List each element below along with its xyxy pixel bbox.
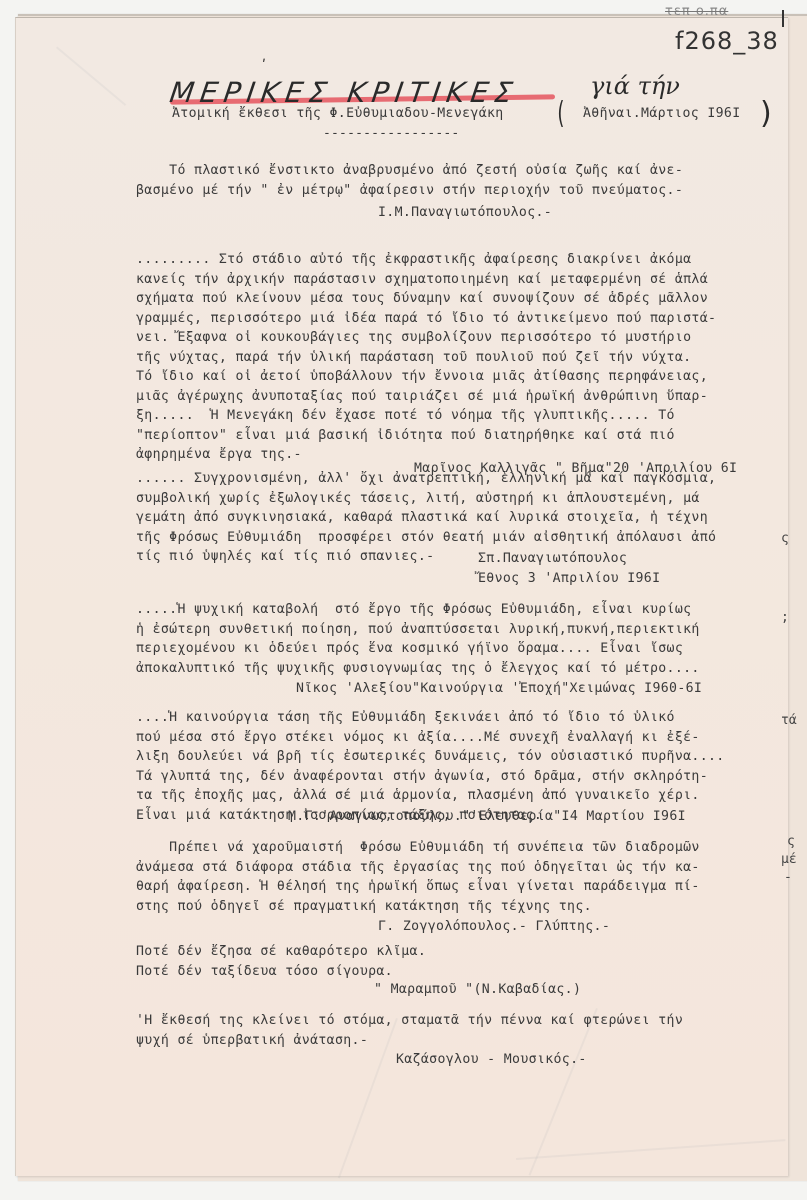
review-signature: Ἔθνος 3 'Απριλίου Ι96Ι — [478, 569, 660, 589]
margin-fragment: ς — [787, 834, 795, 850]
review-text-line: ἀφηρημένα ἔργα της.- — [136, 445, 302, 465]
margin-fragment: - — [784, 870, 792, 886]
review-text-line: συμβολική χωρίς ἐξωλογικές τάσεις, λιτή,… — [136, 489, 700, 509]
handwritten-bracket-open: ( — [557, 96, 564, 131]
review-text-line: Ποτέ δέν ἔζησα σέ καθαρότερο κλῖμα. — [136, 942, 426, 962]
review-text-line: τα τῆς ἐποχῆς μας, ἀλλά σέ μιά ἁρμονία, … — [136, 786, 700, 806]
review-signature: Νῖκος 'Αλεξίου"Καινούργια 'Ἐποχή"Χειμώνα… — [296, 679, 702, 699]
review-signature: Ι.Μ.Παναγιωτόπουλος.- — [378, 203, 552, 223]
review-text-line: σχήματα πού κλείνουν μέσα τους δύναμην κ… — [136, 289, 708, 309]
review-text-line: .....Ἡ ψυχική καταβολή στό ἔργο τῆς Φρόσ… — [136, 600, 691, 620]
review-text-line: κανείς τήν ἀρχικήν παράστασιν σχηματοποι… — [136, 270, 708, 290]
review-signature: Καζάσογλου - Μουσικός.- — [396, 1050, 587, 1070]
review-text-line: τῆς Φρόσως Εὐθυμιάδη προσφέρει στόν θεατ… — [136, 528, 716, 548]
review-text-line: Τά γλυπτά της, δέν ἀναφέρονται στήν ἀγων… — [136, 767, 708, 787]
handwritten-bracket-close: ) — [760, 96, 772, 131]
shelf-mark: f268_38 — [675, 27, 779, 55]
margin-fragment: τά — [781, 713, 797, 729]
review-text-line: περιεχομένου κι ὁδεύει πρός ἕνα κοσμικό … — [136, 639, 683, 659]
review-text-line: βασμένο μέ τήν " ἐν μέτρῳ" ἀφαίρεσιν στή… — [136, 181, 683, 201]
review-text-line: τῆς νύχτας, παρά τήν ὑλική παράσταση τοῦ… — [136, 348, 691, 368]
review-text-line: ἀνάμεσα στά διάφορα στάδια τῆς ἐργασίας … — [136, 858, 700, 878]
review-signature: Γ. Ζογγολόπουλος.- Γλύπτης.- — [378, 917, 610, 937]
paper-crease — [516, 1139, 785, 1160]
paper-crease — [56, 46, 126, 105]
review-signature: Σπ.Παναγιωτόπουλος — [478, 549, 627, 569]
margin-fragment: ς — [781, 531, 789, 547]
review-text-line: πού μέσα στό ἔργο στέκει νόμος κι ἀξία..… — [136, 728, 700, 748]
review-text-line: γεμάτη ἀπό συγκινησιακά, καθαρά πλαστικά… — [136, 508, 708, 528]
review-text-line: ...... Συγχρονισμένη, ἀλλ' ὄχι ἀνατρεπτι… — [136, 469, 716, 489]
review-text-line: ......... Στό στάδιο αὐτό τῆς ἐκφραστικῆ… — [136, 250, 691, 270]
paper-crease — [529, 1008, 598, 1176]
review-text-line: Τό πλαστικό ἔνστικτο ἀναβρυσμένο ἀπό ζεσ… — [136, 161, 683, 181]
dashed-rule: ----------------- — [323, 126, 459, 141]
review-text-line: ἀποκαλυπτικό τῆς ψυχικῆς φυσιογνωμίας τη… — [136, 659, 700, 679]
review-text-line: θαρή ἀφαίρεση. Ἡ θέλησή της ἡρωϊκή ὅπως … — [136, 877, 700, 897]
review-text-line: μιᾶς ἀγέρωχης ἀνυποταξίας πού ταιριάζει … — [136, 387, 708, 407]
review-text-line: ....Ἡ καινούργια τάση τῆς Εὐθυμιάδη ξεκι… — [136, 708, 675, 728]
review-text-line: Ποτέ δέν ταξίδευα τόσο σίγουρα. — [136, 962, 393, 982]
review-text-line: λιξη δουλεύει νά βρῆ τίς ἐσωτερικές δυνά… — [136, 747, 725, 767]
review-text-line: γραμμές, περισσότερο μιά ἰδέα παρά τό ἴδ… — [136, 309, 716, 329]
review-text-line: ξη..... Ἡ Μενεγάκη δέν ἔχασε ποτέ τό νόη… — [136, 406, 675, 426]
margin-fragment: μέ — [781, 852, 797, 868]
review-text-line: τίς πιό ὑψηλές καί τίς πιό σπανιες.- — [136, 547, 434, 567]
archive-code-struck: τεπ ο.πα — [665, 4, 728, 19]
margin-fragment: ; — [781, 610, 789, 626]
review-text-line: "περίοπτον" εἶναι μιά βασική ἰδιότητα πο… — [136, 426, 675, 446]
review-text-line: ψυχή σέ ὑπερβατική ἀνάταση.- — [136, 1031, 368, 1051]
review-text-line: 'Η ἔκθεσή της κλείνει τό στόμα, σταματᾶ … — [136, 1011, 683, 1031]
document-subtitle: Ἀτομική ἔκθεσι τῆς Φ.Εὐθυμιαδου-Μενεγάκη — [172, 104, 504, 124]
review-text-line: στης πού ὁδηγεῖ σέ πραγματική κατάκτηση … — [136, 897, 592, 917]
title-handwritten-suffix: γιά τήν — [590, 72, 680, 100]
review-text-line: Τό ἴδιο καί οἱ ἀετοί ὑποβάλλουν τήν ἔννο… — [136, 367, 708, 387]
review-signature: " Μαραμποῦ "(Ν.Καβαδίας.) — [374, 980, 581, 1000]
review-text-line: νει. Ἔξαφνα οἱ κουκουβάγιες της συμβολίζ… — [136, 328, 691, 348]
accent-mark: ʹ — [262, 58, 266, 74]
place-date: Ἀθῆναι.Μάρτιος Ι96Ι — [583, 104, 741, 124]
review-signature: Μ.Γ.'Αναγνωστοπούλου."'Ελευθερία"Ι4 Μαρτ… — [288, 807, 686, 827]
review-text-line: ἡ ἐσώτερη συνθετική ποίηση, πού ἀναπτύσσ… — [136, 620, 700, 640]
review-text-line: Πρέπει νά χαροῦμαιστή Φρόσω Εὐθυμιάδη τή… — [136, 838, 700, 858]
